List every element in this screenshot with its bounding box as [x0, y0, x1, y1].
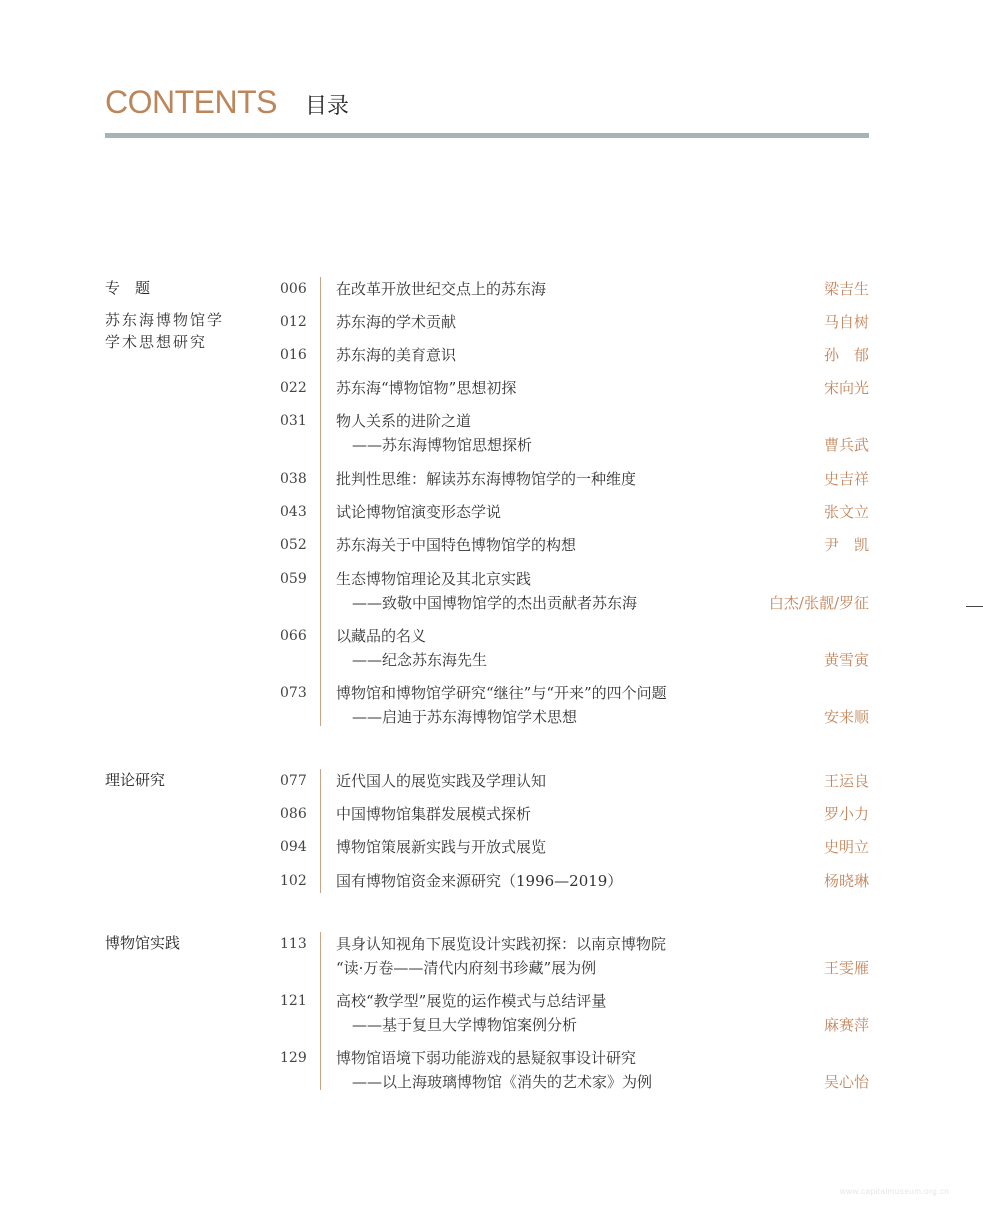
contents-title-zh: 目录: [305, 89, 349, 120]
entry-subtitle: “读·万卷——清代内府刻书珍藏”展为例: [336, 956, 666, 980]
page-number: 043: [280, 502, 320, 522]
page-number: 006: [280, 279, 320, 299]
entry-title[interactable]: 苏东海“博物馆物”思想初探: [336, 376, 516, 400]
entry-subtitle: ——纪念苏东海先生: [336, 648, 487, 672]
entry-title[interactable]: 以藏品的名义——纪念苏东海先生: [336, 624, 487, 672]
entry-title[interactable]: 博物馆语境下弱功能游戏的悬疑叙事设计研究——以上海玻璃博物馆《消失的艺术家》为例: [336, 1046, 652, 1094]
entry-author: 王雯雁: [824, 956, 869, 980]
entry-author: 安来顺: [824, 705, 869, 729]
section-label: 博物馆实践: [105, 932, 265, 954]
entry-author: 史吉祥: [824, 467, 869, 491]
section-label-text: 专 题: [105, 277, 265, 299]
entry-subtitle: ——致敬中国博物馆学的杰出贡献者苏东海: [336, 591, 637, 615]
entry-author: 马自树: [824, 310, 869, 334]
entry-author: 曹兵武: [824, 433, 869, 457]
entry-subtitle: ——以上海玻璃博物馆《消失的艺术家》为例: [336, 1070, 652, 1094]
entry-author: 尹 凯: [824, 533, 869, 557]
section-subtitle-line: 学术思想研究: [105, 331, 265, 353]
entry-title[interactable]: 物人关系的进阶之道——苏东海博物馆思想探析: [336, 409, 532, 457]
entry-title[interactable]: 生态博物馆理论及其北京实践——致敬中国博物馆学的杰出贡献者苏东海: [336, 567, 637, 615]
entry-author: 罗小力: [824, 802, 869, 826]
entry-author: 杨晓琳: [824, 869, 869, 893]
header-rule: [105, 133, 869, 138]
watermark: www.capitalmuseum.org.cn: [840, 1187, 949, 1196]
entry-author: 吴心怡: [824, 1070, 869, 1094]
divider-line: [320, 932, 321, 1090]
page-number: 012: [280, 312, 320, 332]
section-label: 理论研究: [105, 769, 265, 791]
entry-author: 宋向光: [824, 376, 869, 400]
entry-title[interactable]: 近代国人的展览实践及学理认知: [336, 769, 546, 793]
page-number: 086: [280, 804, 320, 824]
entry-title[interactable]: 具身认知视角下展览设计实践初探：以南京博物院“读·万卷——清代内府刻书珍藏”展为…: [336, 932, 666, 980]
entry-author: 黄雪寅: [824, 648, 869, 672]
page-number: 038: [280, 469, 320, 489]
entry-title[interactable]: 苏东海的学术贡献: [336, 310, 456, 334]
page-number: 022: [280, 378, 320, 398]
entry-title[interactable]: 博物馆和博物馆学研究“继往”与“开来”的四个问题——启迪于苏东海博物馆学术思想: [336, 681, 667, 729]
entry-title[interactable]: 在改革开放世纪交点上的苏东海: [336, 277, 546, 301]
section-label: 专 题 苏东海博物馆学 学术思想研究: [105, 277, 265, 353]
divider-line: [320, 769, 321, 893]
page-number: 121: [280, 991, 320, 1011]
page-number: 066: [280, 626, 320, 646]
section-subtitle-line: 苏东海博物馆学: [105, 309, 265, 331]
page-edge-mark: [966, 606, 983, 607]
entry-title[interactable]: 中国博物馆集群发展模式探析: [336, 802, 531, 826]
entry-author: 梁吉生: [824, 277, 869, 301]
contents-header: CONTENTS 目录: [105, 84, 349, 121]
page-number: 073: [280, 683, 320, 703]
entry-author: 麻赛萍: [824, 1013, 869, 1037]
entry-subtitle: ——基于复旦大学博物馆案例分析: [336, 1013, 606, 1037]
entry-title[interactable]: 博物馆策展新实践与开放式展览: [336, 835, 546, 859]
page-number: 129: [280, 1048, 320, 1068]
page-number: 016: [280, 345, 320, 365]
entry-subtitle: ——苏东海博物馆思想探析: [336, 433, 532, 457]
entry-title[interactable]: 国有博物馆资金来源研究（1996—2019）: [336, 869, 622, 893]
page-number: 094: [280, 837, 320, 857]
entry-author: 张文立: [824, 500, 869, 524]
entry-author: 王运良: [824, 769, 869, 793]
entry-title[interactable]: 苏东海关于中国特色博物馆学的构想: [336, 533, 576, 557]
entry-author: 史明立: [824, 835, 869, 859]
contents-title-en: CONTENTS: [105, 84, 277, 121]
page-number: 113: [280, 934, 320, 954]
entry-title[interactable]: 苏东海的美育意识: [336, 343, 456, 367]
entry-title[interactable]: 高校“教学型”展览的运作模式与总结评量——基于复旦大学博物馆案例分析: [336, 989, 606, 1037]
page-number: 031: [280, 411, 320, 431]
entry-author: 白杰/张靓/罗征: [769, 591, 869, 615]
section-subtitle: 苏东海博物馆学 学术思想研究: [105, 309, 265, 353]
entry-author: 孙 郁: [824, 343, 869, 367]
page-number: 102: [280, 871, 320, 891]
page-number: 077: [280, 771, 320, 791]
entry-title[interactable]: 试论博物馆演变形态学说: [336, 500, 501, 524]
entry-subtitle: ——启迪于苏东海博物馆学术思想: [336, 705, 667, 729]
divider-line: [320, 277, 321, 726]
page-number: 052: [280, 535, 320, 555]
entry-title[interactable]: 批判性思维：解读苏东海博物馆学的一种维度: [336, 467, 636, 491]
page-number: 059: [280, 569, 320, 589]
